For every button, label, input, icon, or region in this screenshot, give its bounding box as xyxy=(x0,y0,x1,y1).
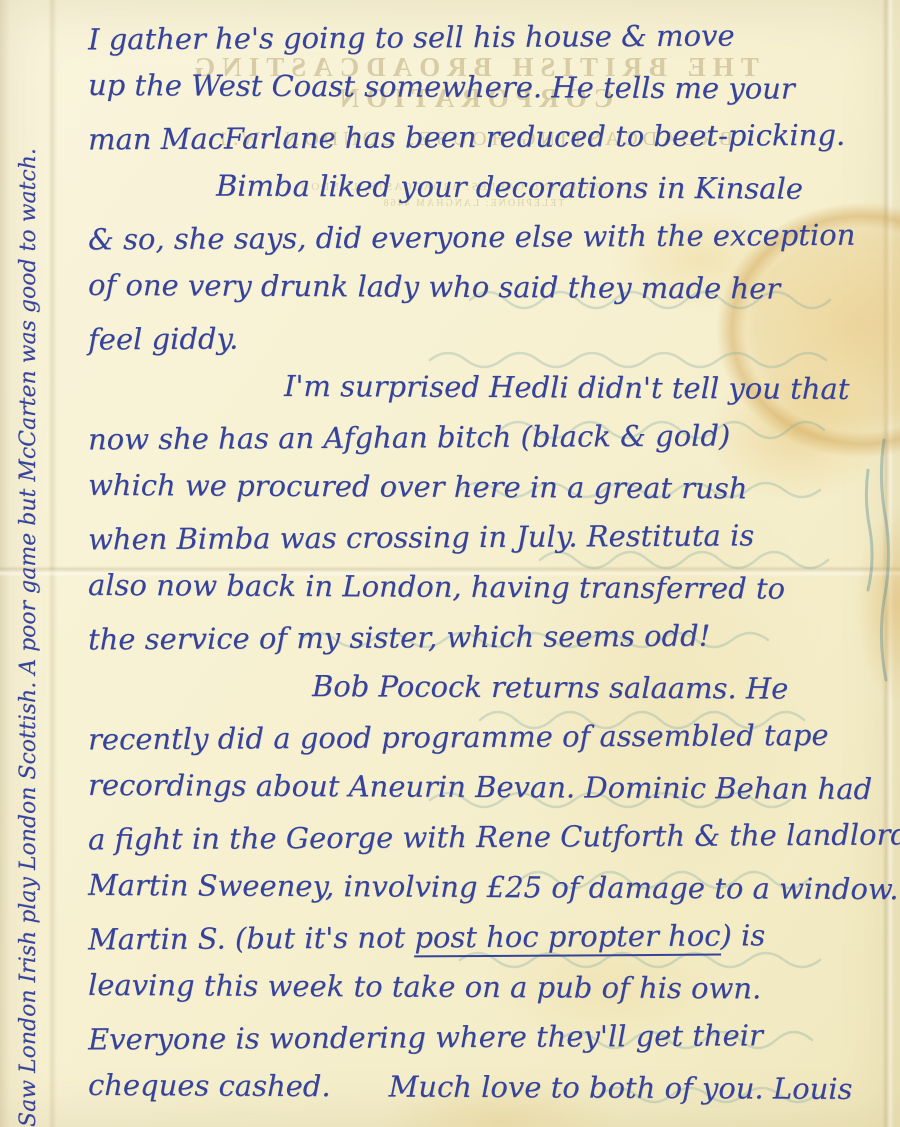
letter-line-latin-phrase: Martin S. (but it's not post hoc propter… xyxy=(88,910,882,965)
letter-page: THE BRITISH BROADCASTING CORPORATION BRO… xyxy=(0,0,900,1127)
letter-line: I'm surprised Hedli didn't tell you that xyxy=(88,360,882,414)
letter-line: a fight in the George with Rene Cutforth… xyxy=(88,810,882,865)
underlined-latin-phrase: post hoc propter hoc xyxy=(414,919,720,958)
letter-line: I gather he's going to sell his house & … xyxy=(88,10,882,65)
letter-line: up the West Coast somewhere. He tells me… xyxy=(88,60,882,114)
letter-line: Bimba liked your decorations in Kinsale xyxy=(88,160,882,214)
letter-line: & so, she says, did everyone else with t… xyxy=(88,210,882,265)
letter-line: Bob Pocock returns salaams. He xyxy=(88,660,882,714)
letter-line: feel giddy. xyxy=(88,310,882,365)
margin-note: Saw London Irish play London Scottish. A… xyxy=(6,7,52,1127)
letter-line: Martin Sweeney, involving £25 of damage … xyxy=(88,860,882,914)
letter-line: also now back in London, having transfer… xyxy=(88,560,882,614)
closing-signature: Much love to both of you. Louis xyxy=(389,1069,853,1105)
letter-line: recordings about Aneurin Bevan. Dominic … xyxy=(88,760,882,814)
letter-line: which we procured over here in a great r… xyxy=(88,460,882,514)
line-post: ) is xyxy=(720,918,765,952)
letter-line: now she has an Afghan bitch (black & gol… xyxy=(88,410,882,465)
letter-line: the service of my sister, which seems od… xyxy=(88,610,882,665)
letter-closing-line: cheques cashed.Much love to both of you.… xyxy=(88,1060,882,1114)
letter-line: Everyone is wondering where they'll get … xyxy=(88,1010,882,1065)
line-pre: Martin S. (but it's not xyxy=(88,920,415,956)
letter-line: recently did a good programme of assembl… xyxy=(88,710,882,765)
letter-body: I gather he's going to sell his house & … xyxy=(88,12,882,1112)
letter-line: man MacFarlane has been reduced to beet-… xyxy=(88,110,882,165)
letter-line: when Bimba was crossing in July. Restitu… xyxy=(88,510,882,565)
letter-line: leaving this week to take on a pub of hi… xyxy=(88,960,882,1014)
closing-left: cheques cashed. xyxy=(88,1068,331,1103)
letter-line: of one very drunk lady who said they mad… xyxy=(88,260,882,314)
